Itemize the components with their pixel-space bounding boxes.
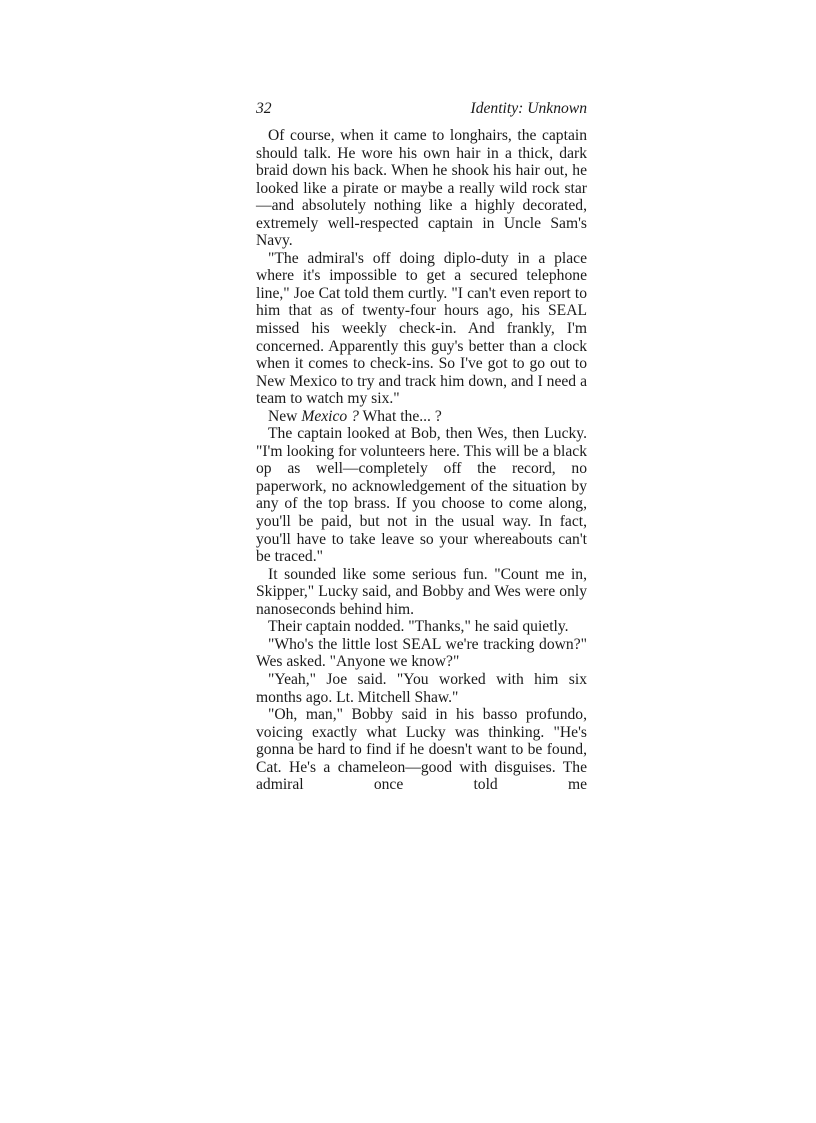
- running-head: 32 Identity: Unknown: [256, 100, 587, 118]
- paragraph: Their captain nodded. "Thanks," he said …: [256, 618, 587, 636]
- paragraph: "The admiral's off doing diplo-duty in a…: [256, 250, 587, 408]
- paragraph: The captain looked at Bob, then Wes, the…: [256, 425, 587, 565]
- paragraph: "Who's the little lost SEAL we're tracki…: [256, 636, 587, 671]
- book-title: Identity: Unknown: [471, 100, 588, 118]
- paragraph: "Yeah," Joe said. "You worked with him s…: [256, 671, 587, 706]
- paragraph-text: What the... ?: [359, 408, 442, 425]
- paragraph: It sounded like some serious fun. "Count…: [256, 566, 587, 619]
- paragraph: Of course, when it came to longhairs, th…: [256, 127, 587, 250]
- book-page: 32 Identity: Unknown Of course, when it …: [256, 100, 587, 794]
- paragraph-text: New: [268, 408, 301, 425]
- italic-text: Mexico ?: [301, 408, 359, 425]
- paragraph: New Mexico ? What the... ?: [256, 408, 587, 426]
- page-number: 32: [256, 100, 272, 118]
- paragraph: "Oh, man," Bobby said in his basso profu…: [256, 706, 587, 794]
